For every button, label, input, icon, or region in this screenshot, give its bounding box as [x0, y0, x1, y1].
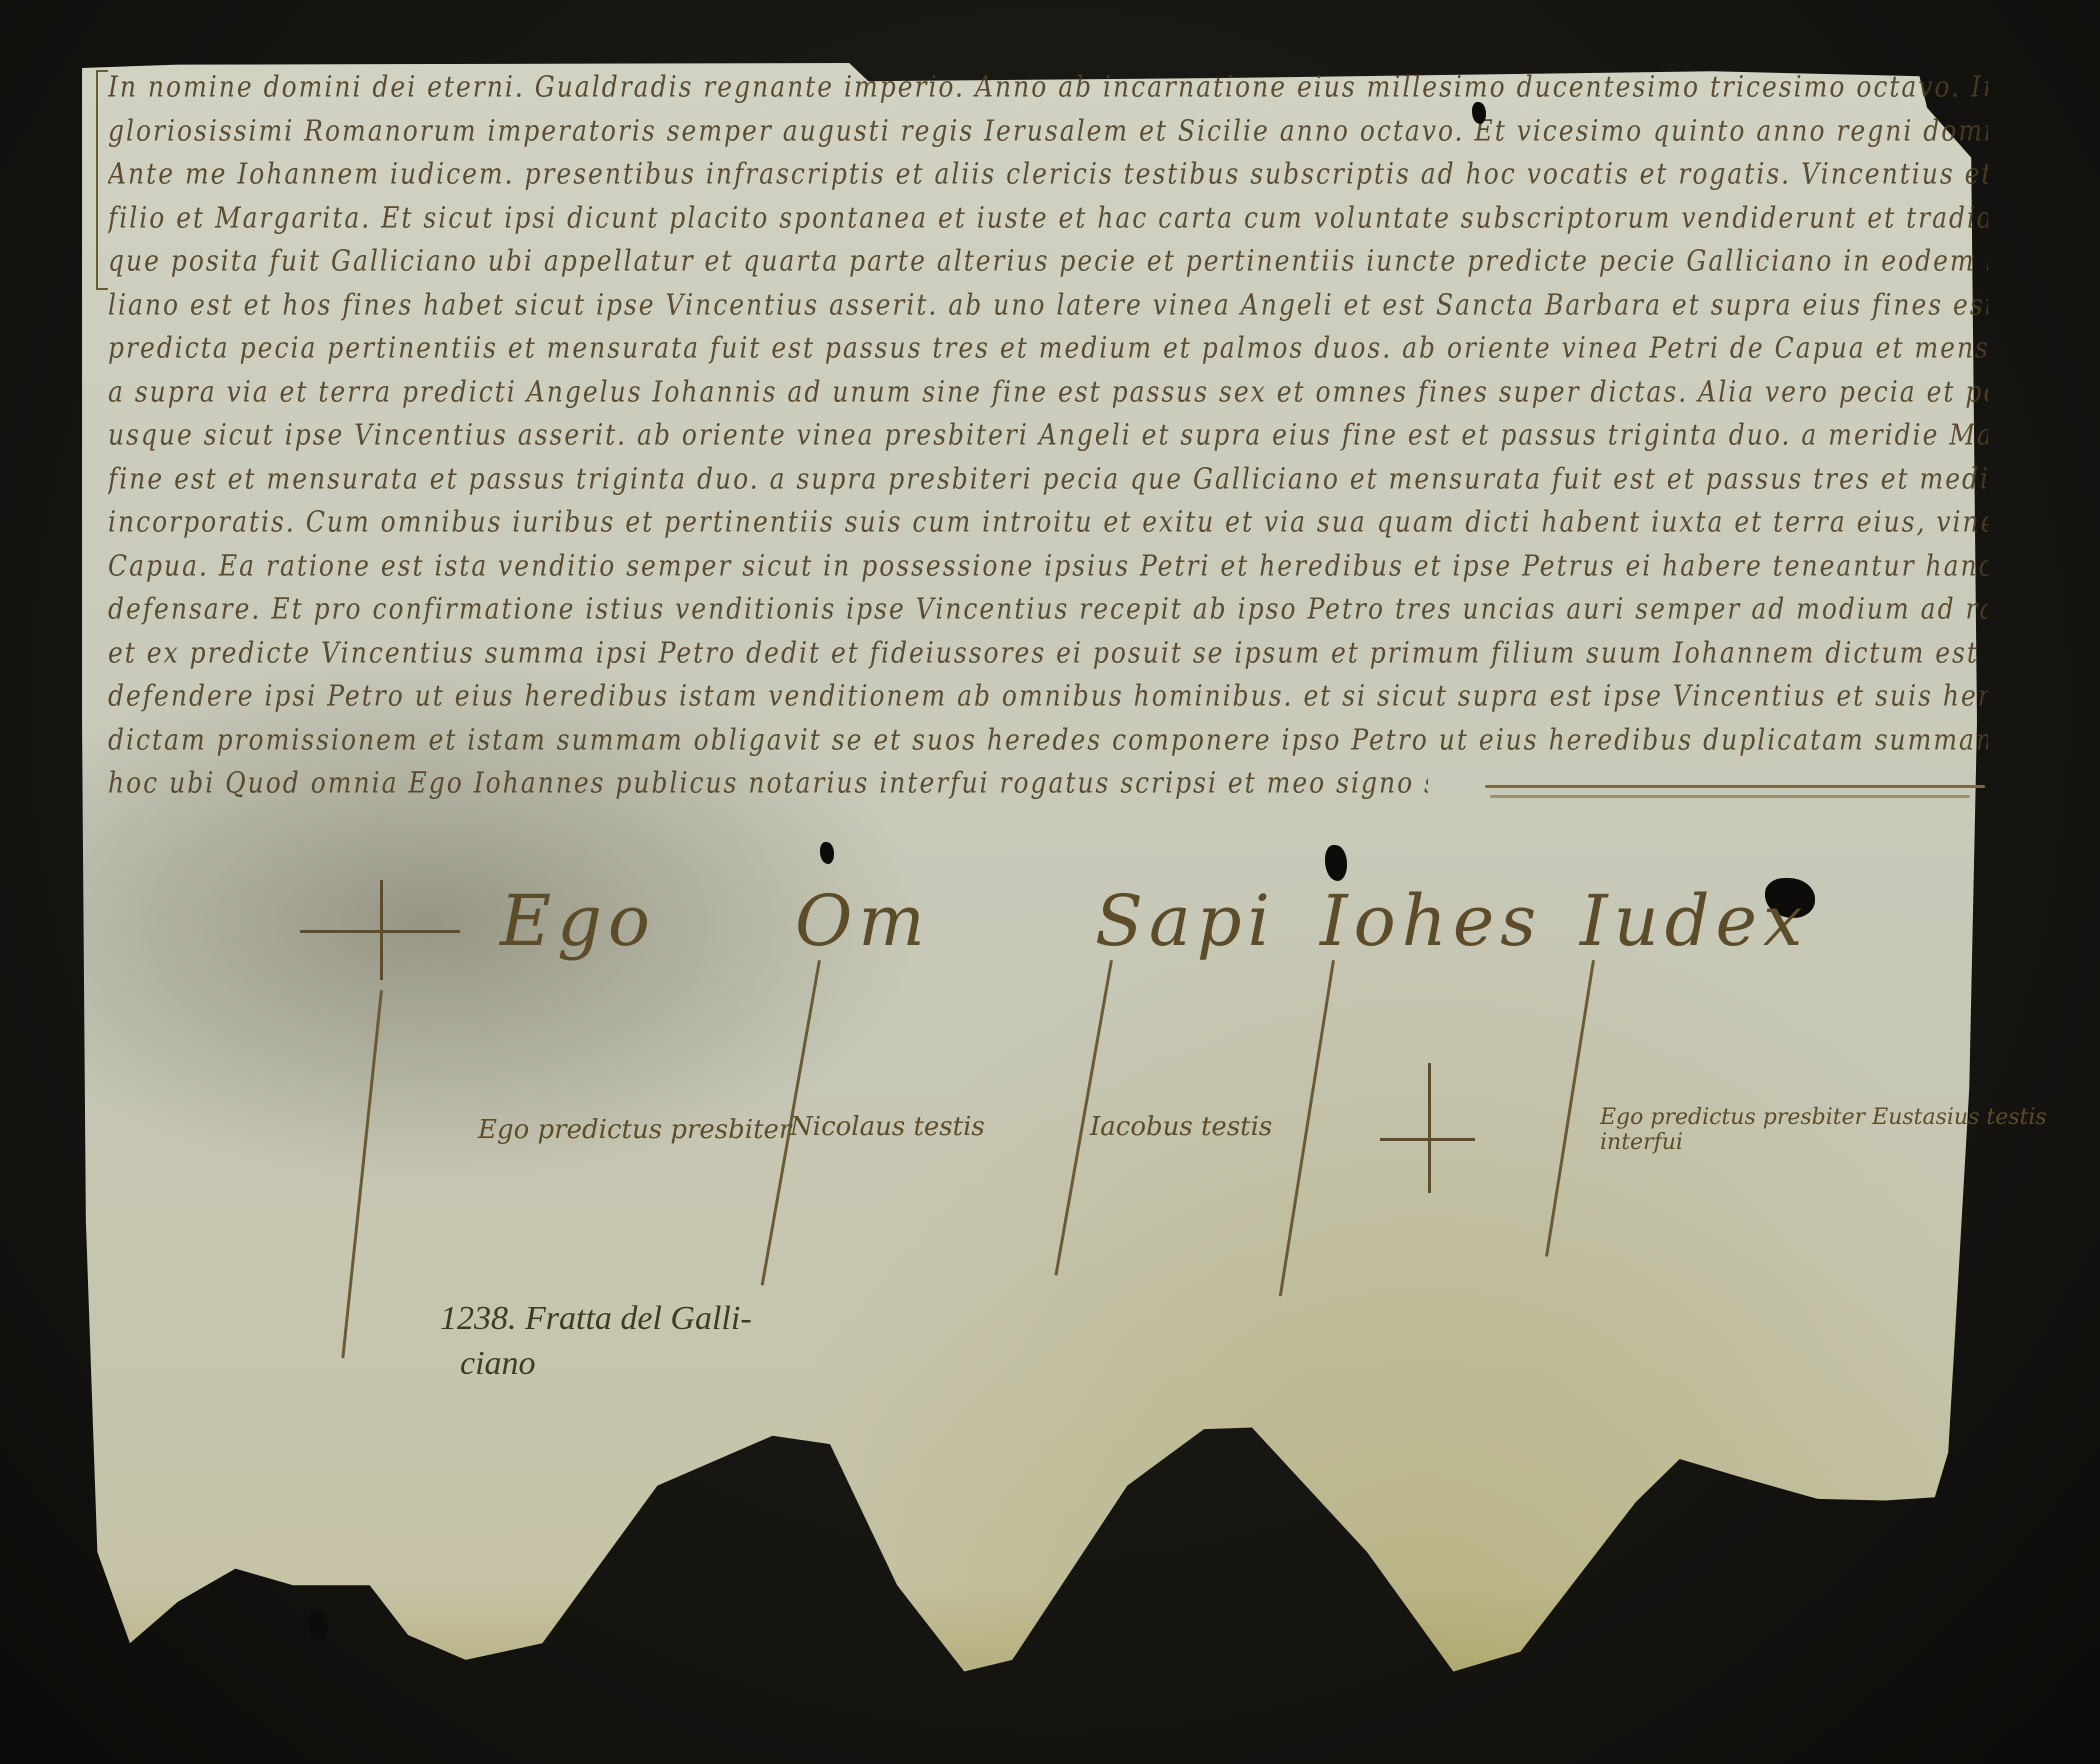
- parchment-hole: [1325, 845, 1347, 881]
- text-line: defensare. Et pro confirmatione istius v…: [108, 594, 1988, 638]
- text-line: In nomine domini dei eterni. Gualdradis …: [108, 72, 1988, 116]
- signature-iudex: Iudex: [1580, 880, 1808, 962]
- text-line: liano est et hos fines habet sicut ipse …: [108, 290, 1988, 334]
- witness-subscription: Ego predictus presbiter: [478, 1115, 791, 1145]
- parchment-hole: [308, 1610, 328, 1640]
- text-line: fine est et mensurata et passus triginta…: [108, 464, 1988, 508]
- text-line: et ex predicte Vincentius summa ipsi Pet…: [108, 638, 1988, 682]
- witness-cross-icon: [1380, 1138, 1475, 1141]
- text-line: a supra via et terra predicti Angelus Io…: [108, 377, 1988, 421]
- text-line: incorporatis. Cum omnibus iuribus et per…: [108, 507, 1988, 551]
- text-line: hoc ubi Quod omnia Ego Iohannes publicus…: [108, 768, 1428, 812]
- signature-sapi: Sapi: [1095, 880, 1276, 962]
- text-line: filio et Margarita. Et sicut ipsi dicunt…: [108, 203, 1988, 247]
- text-line: predicta pecia pertinentiis et mensurata…: [108, 333, 1988, 377]
- text-line: Capua. Ea ratione est ista venditio semp…: [108, 551, 1988, 595]
- archival-annotation: 1238. Fratta del Galli-: [440, 1300, 752, 1338]
- text-line: usque sicut ipse Vincentius asserit. ab …: [108, 420, 1988, 464]
- signature-om: Om: [795, 880, 931, 962]
- notarial-flourish: [1490, 795, 1970, 798]
- decorated-initial: [96, 70, 108, 290]
- parchment-hole: [1472, 102, 1486, 124]
- signature-iohes: Iohes: [1320, 880, 1542, 962]
- notarial-flourish: [1485, 785, 1985, 788]
- witness-subscription: Ego predictus presbiter Eustasius testis…: [1600, 1105, 2100, 1155]
- text-line: dictam promissionem et istam summam obli…: [108, 725, 1988, 769]
- witness-subscription: Iacobus testis: [1090, 1112, 1272, 1142]
- text-line: Ante me Iohannem iudicem. presentibus in…: [108, 159, 1988, 203]
- signature-ego: Ego: [500, 880, 656, 962]
- text-line: que posita fuit Galliciano ubi appellatu…: [108, 246, 1988, 290]
- text-line: defendere ipsi Petro ut eius heredibus i…: [108, 681, 1988, 725]
- text-line: gloriosissimi Romanorum imperatoris semp…: [108, 116, 1988, 160]
- parchment-hole: [820, 842, 834, 864]
- signum-cross-icon: [300, 930, 460, 933]
- witness-cross-icon: [1428, 1063, 1431, 1193]
- archival-annotation: ciano: [460, 1345, 536, 1383]
- witness-subscription: Nicolaus testis: [790, 1112, 985, 1142]
- charter-body-text: In nomine domini dei eterni. Gualdradis …: [108, 72, 1988, 812]
